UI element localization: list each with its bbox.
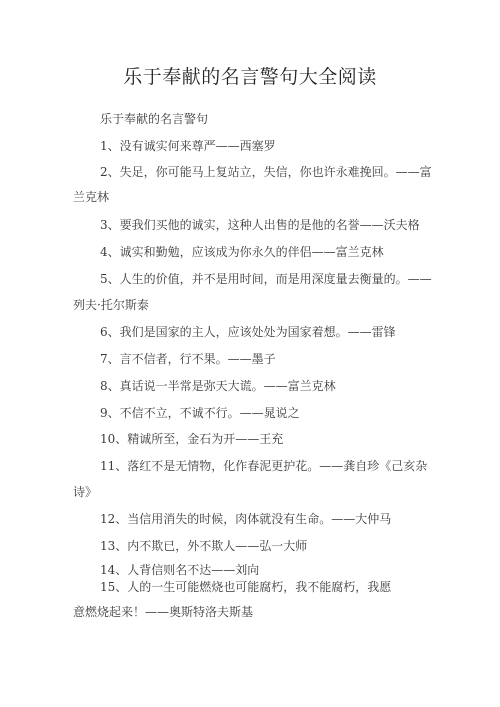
quote-line: 2、失足，你可能马上复站立，失信，你也许永难挽回。——富 — [100, 163, 432, 180]
quote-line: 意燃烧起来！——奥斯特洛夫斯基 — [73, 603, 253, 620]
quote-line: 13、内不欺已，外不欺人——弘一大师 — [100, 537, 307, 554]
quote-line: 15、人的一生可能燃烧也可能腐朽，我不能腐朽，我愿 — [100, 578, 391, 595]
quote-line: 列夫·托尔斯泰 — [73, 296, 149, 313]
quote-line: 兰克林 — [73, 188, 109, 205]
quote-line: 8、真话说一半常是弥天大谎。——富兰克林 — [100, 377, 336, 394]
quote-line: 10、精诚所至，金石为开——王充 — [100, 430, 283, 447]
quote-line: 3、要我们买他的诚实，这种人出售的是他的名誉——沃夫格 — [100, 216, 420, 233]
page-title: 乐于奉献的名言警句大全阅读 — [0, 62, 500, 89]
quote-line: 14、人背信则名不达——刘向 — [100, 561, 259, 578]
quote-line: 12、当信用消失的时候，肉体就没有生命。——大仲马 — [100, 510, 391, 527]
quote-line: 1、没有诚实何来尊严——西塞罗 — [100, 137, 276, 154]
quote-line: 11、落红不是无情物，化作春泥更护花。——龚自珍《己亥杂 — [100, 457, 427, 474]
section-heading: 乐于奉献的名言警句 — [100, 110, 208, 127]
quote-line: 诗》 — [73, 483, 97, 500]
quote-line: 7、言不信者，行不果。——墨子 — [100, 350, 276, 367]
quote-line: 6、我们是国家的主人，应该处处为国家着想。——雷锋 — [100, 323, 396, 340]
quote-line: 4、诚实和勤勉，应该成为你永久的伴侣——富兰克林 — [100, 243, 384, 260]
quote-line: 5、人生的价值，并不是用时间，而是用深度量去衡量的。—— — [100, 270, 432, 287]
quote-line: 9、不信不立，不诚不行。——晁说之 — [100, 404, 300, 421]
